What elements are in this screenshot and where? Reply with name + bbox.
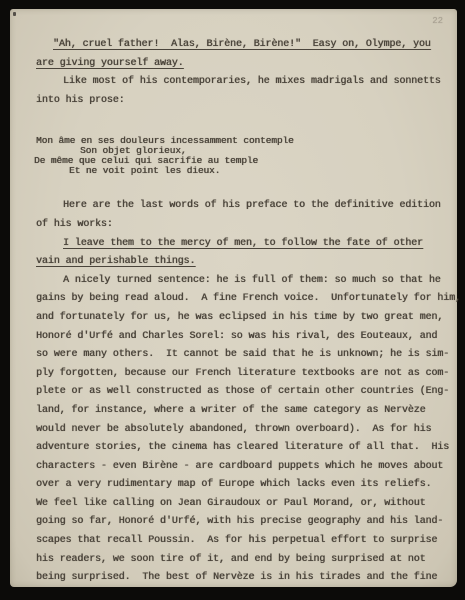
text-line: plete or as well constructed as those of…: [36, 383, 448, 402]
text-line: "Ah, cruel father! Alas, Birène, Birène!…: [53, 36, 448, 55]
text-line: gains by being read aloud. A fine French…: [36, 290, 448, 309]
text-line: adventure stories, the cinema has cleare…: [36, 439, 448, 458]
text-line: Like most of his contemporaries, he mixe…: [63, 73, 448, 92]
text-line: over a very rudimentary map of Europe wh…: [36, 476, 448, 495]
paper: 22 "Ah, cruel father! Alas, Birène, Birè…: [10, 9, 457, 587]
text-line: scapes that recall Poussin. As for his p…: [36, 532, 448, 551]
text-line: We feel like calling on Jean Giraudoux o…: [36, 495, 448, 514]
text-line: into his prose:: [36, 92, 448, 111]
page-number: 22: [432, 16, 443, 26]
quote-block: I leave them to the mercy of men, to fol…: [36, 235, 448, 272]
text-line: Et ne voit point les dieux.: [69, 166, 448, 176]
text-line: of his works:: [36, 216, 448, 235]
text-line: A nicely turned sentence: he is full of …: [63, 272, 448, 291]
text-line: and fortunately for us, he was eclipsed …: [36, 309, 448, 328]
text-line: Here are the last words of his preface t…: [63, 197, 448, 216]
text-line: I leave them to the mercy of men, to fol…: [63, 235, 448, 254]
text-line: being surprised. The best of Nervèze is …: [36, 569, 448, 588]
scan-frame: 22 "Ah, cruel father! Alas, Birène, Birè…: [0, 0, 465, 600]
verse-block: Mon âme en ses douleurs incessamment con…: [36, 136, 448, 176]
text-line: Honoré d'Urfé and Charles Sorel: so was …: [36, 328, 448, 347]
paper-speck: [13, 12, 16, 16]
text-line: vain and perishable things.: [36, 253, 448, 272]
text-line: going so far, Honoré d'Urfé, with his pr…: [36, 513, 448, 532]
text-line: ply forgotten, because our French litera…: [36, 365, 448, 384]
text-line: his readers, we soon tire of it, and end…: [36, 551, 448, 570]
text-line: would never be absolutely abandoned, thr…: [36, 421, 448, 440]
heading-block: "Ah, cruel father! Alas, Birène, Birène!…: [36, 36, 448, 73]
typewritten-text: "Ah, cruel father! Alas, Birène, Birène!…: [36, 36, 448, 588]
body-block: A nicely turned sentence: he is full of …: [36, 272, 448, 588]
text-line: so were many others. It cannot be said t…: [36, 346, 448, 365]
body-block: Here are the last words of his preface t…: [36, 197, 448, 234]
text-line: are giving yourself away.: [36, 55, 448, 74]
text-line: characters - even Birène - are cardboard…: [36, 458, 448, 477]
body-block: Like most of his contemporaries, he mixe…: [36, 73, 448, 110]
text-line: land, for instance, where a writer of th…: [36, 402, 448, 421]
